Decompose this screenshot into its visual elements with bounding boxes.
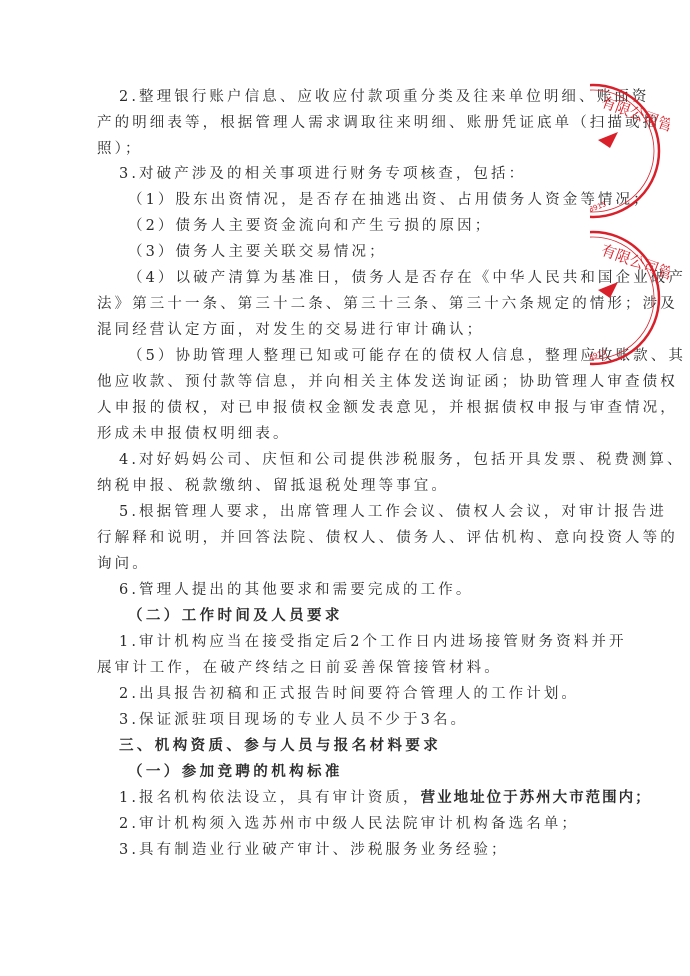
paragraph-line: （5）协助管理人整理已知或可能存在的债权人信息，整理应收账款、其 (128, 346, 608, 366)
paragraph-line: 三、机构资质、参与人员与报名材料要求 (119, 736, 599, 756)
paragraph-line: （2）债务人主要资金流向和产生亏损的原因； (128, 216, 608, 236)
paragraph-line: 人申报的债权，对已申报债权金额发表意见，并根据债权申报与审查情况， (97, 398, 577, 418)
paragraph-line: 1.审计机构应当在接受指定后2个工作日内进场接管财务资料并开 (119, 632, 599, 652)
paragraph-line: （1）股东出资情况，是否存在抽逃出资、占用债务人资金等情况； (128, 190, 608, 210)
paragraph-line: 行解释和说明，并回答法院、债权人、债务人、评估机构、意向投资人等的 (97, 528, 577, 548)
paragraph-line: 6.管理人提出的其他要求和需要完成的工作。 (119, 580, 599, 600)
paragraph-line: 照）； (97, 139, 577, 159)
official-seal-2: 有限公司管理人 8913 (590, 228, 670, 368)
paragraph-line: 1.报名机构依法设立，具有审计资质，营业地址位于苏州大市范围内； (119, 788, 599, 808)
paragraph-line: 5.根据管理人要求，出席管理人工作会议、债权人会议，对审计报告进 (119, 502, 599, 522)
paragraph-line: 混同经营认定方面，对发生的交易进行审计确认； (97, 320, 577, 340)
paragraph-line: 4.对好妈妈公司、庆恒和公司提供涉税服务，包括开具发票、税费测算、 (119, 450, 599, 470)
paragraph-line: （4）以破产清算为基准日，债务人是否存在《中华人民共和国企业破产 (128, 268, 608, 288)
seal-star-icon (598, 282, 618, 298)
paragraph-line: 3.具有制造业行业破产审计、涉税服务业务经验； (119, 840, 599, 860)
paragraph-line: 3.保证派驻项目现场的专业人员不少于3名。 (119, 710, 599, 730)
paragraph-line: 展审计工作，在破产终结之日前妥善保管接管材料。 (97, 658, 577, 678)
paragraph-line: 2.出具报告初稿和正式报告时间要符合管理人的工作计划。 (119, 684, 599, 704)
paragraph-line: 2.整理银行账户信息、应收应付款项重分类及往来单位明细、账面资 (119, 87, 599, 107)
seal-star-icon (598, 132, 618, 148)
paragraph-line: （二）工作时间及人员要求 (128, 606, 608, 626)
document-page: 2.整理银行账户信息、应收应付款项重分类及往来单位明细、账面资产的明细表等，根据… (0, 0, 690, 976)
paragraph-line: 形成未申报债权明细表。 (97, 424, 577, 444)
seal-number: 8913 (590, 348, 607, 362)
official-seal-1: 有限公司管理人 8915 (590, 80, 670, 222)
paragraph-line: 2.审计机构须入选苏州市中级人民法院审计机构备选名单； (119, 814, 599, 834)
paragraph-line: 询问。 (97, 554, 577, 574)
emphasized-text: 营业地址位于苏州大市范围内； (421, 789, 652, 806)
paragraph-line: 法》第三十一条、第三十二条、第三十三条、第三十六条规定的情形；涉及 (97, 294, 577, 314)
paragraph-line: 产的明细表等，根据管理人需求调取往来明细、账册凭证底单（扫描或拍 (97, 113, 577, 133)
paragraph-line: 他应收款、预付款等信息，并向相关主体发送询证函；协助管理人审查债权 (97, 372, 577, 392)
paragraph-line: （一）参加竞聘的机构标准 (128, 762, 608, 782)
line-text: 1.报名机构依法设立，具有审计资质， (119, 790, 421, 806)
paragraph-line: 纳税申报、税款缴纳、留抵退税处理等事宜。 (97, 476, 577, 496)
paragraph-line: （3）债务人主要关联交易情况； (128, 242, 608, 262)
paragraph-line: 3.对破产涉及的相关事项进行财务专项核查，包括： (119, 164, 599, 184)
